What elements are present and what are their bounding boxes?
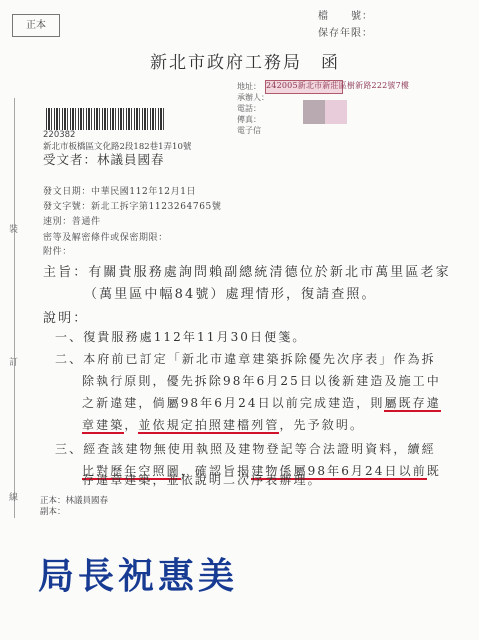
recipient: 受文者：林議員國春: [43, 150, 165, 168]
binding-mark-zhuang: 裝: [9, 222, 18, 235]
secrecy-level: 密等及解密條件或保密期限：: [43, 230, 168, 243]
recipient-label: 受文者：: [43, 152, 97, 167]
explanation-item-2-line-3: 之新違建，倘屬98年6月24日以前完成建造，則屬既存違: [82, 394, 441, 411]
explanation-label: 說明：: [43, 307, 88, 326]
document-title: 新北市政府工務局 函: [150, 48, 340, 73]
original-copy-box: 正本: [12, 14, 60, 37]
delivery-speed: 速別：普通件: [43, 214, 101, 227]
attachment: 附件：: [43, 244, 72, 257]
text-segment: ，: [124, 418, 138, 432]
file-number-label: 檔 號：: [318, 7, 373, 22]
barcode: [46, 108, 164, 130]
underlined-photo-record: 並依規定拍照建檔列管: [138, 418, 279, 434]
text-segment: 之新違建，倘屬98年6月24日以前完成建造，則: [82, 396, 384, 410]
explanation-item-3-line-3: 存違章建築，並依說明二次序表辦理。: [82, 471, 322, 488]
phone-label: 電話：: [237, 103, 269, 114]
email-label: 電子信: [237, 125, 269, 136]
address-label: 地址：: [237, 81, 269, 92]
document-number: 發文字號：新北工拆字第1123264765號: [43, 199, 221, 212]
subject-line-1: 主旨：有關貴服務處詢問賴副總統清德位於新北市萬里區老家: [43, 261, 451, 280]
explanation-item-3-line-1: 三、經查該建物無使用執照及建物登記等合法證明資料，續經: [55, 440, 436, 457]
explanation-item-1: 一、復貴服務處112年11月30日便箋。: [55, 328, 306, 345]
underlined-building: 章建築: [82, 418, 124, 434]
binding-mark-xian: 線: [9, 490, 18, 503]
contact-block: 地址： 承辦人： 電話： 傳真： 電子信: [237, 81, 269, 136]
distribution-copy: 副本：: [40, 505, 66, 517]
binding-line: [14, 98, 15, 518]
explanation-item-2-line-4: 章建築，並依規定拍照建檔列管，先予敘明。: [82, 416, 364, 433]
text-segment: ，先予敘明。: [279, 418, 364, 432]
address-value: 242005新北市新莊區樹新路222號7樓: [266, 80, 409, 91]
fax-label: 傳真：: [237, 114, 269, 125]
redacted-block: [303, 100, 325, 124]
explanation-item-2-line-1: 二、本府前已訂定「新北市違章建築拆除優先次序表」作為拆: [55, 350, 436, 367]
recipient-name: 林議員國春: [97, 152, 165, 167]
explanation-item-2-line-2: 除執行原則，優先拆除98年6月25日以後新建造及施工中: [82, 372, 441, 389]
subject-line-2: （萬里區中幅84號）處理情形，復請查照。: [84, 283, 377, 302]
barcode-number: 220382: [43, 130, 75, 140]
contact-person-label: 承辦人：: [237, 92, 269, 103]
text-segment: 既: [427, 464, 441, 478]
retention-period-label: 保存年限：: [318, 24, 373, 39]
binding-mark-ding: 訂: [9, 355, 18, 368]
issue-date: 發文日期：中華民國112年12月1日: [43, 184, 196, 197]
redacted-block: [325, 100, 347, 124]
director-signature: 局長祝惠美: [38, 548, 238, 599]
underlined-existing-illegal: 屬既存違: [384, 396, 440, 412]
